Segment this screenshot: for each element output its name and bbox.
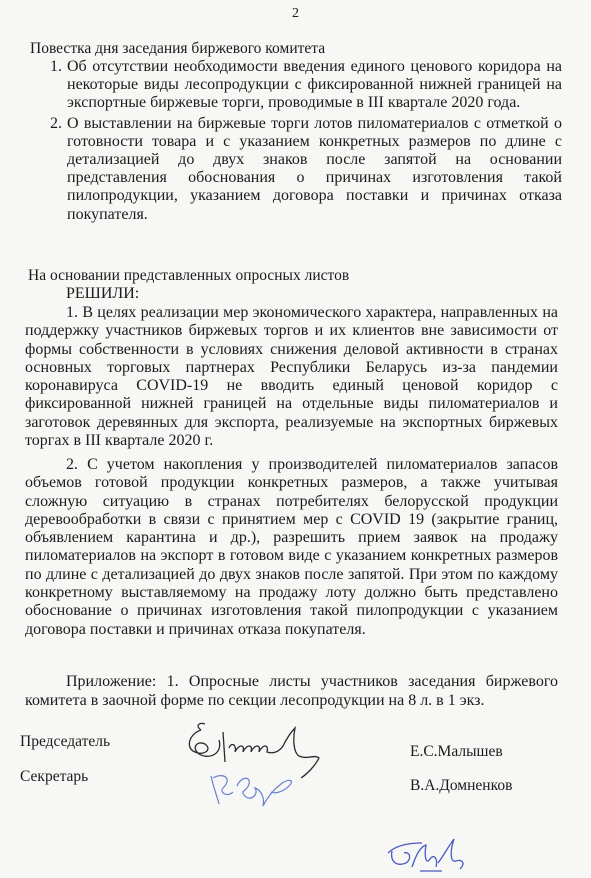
basis-statement: На основании представленных опросных лис… [28,267,349,285]
signature-name: В.А.Домненков [410,777,512,795]
signature-role: Секретарь [20,768,88,786]
agenda-title: Повестка дня заседания биржевого комитет… [30,40,325,58]
agenda-list: 1. Об отсутствии необходимости введения … [50,58,562,226]
agenda-item-text: Об отсутствии необходимости введения еди… [67,58,562,113]
secretary-signature-icon [205,768,305,810]
resolved-heading: РЕШИЛИ: [66,285,139,303]
document-page: 2 Повестка дня заседания биржевого комит… [0,0,591,878]
appendix-note: Приложение: 1. Опросные листы участников… [25,672,558,710]
agenda-item-number: 1. [50,58,67,113]
agenda-item: 1. Об отсутствии необходимости введения … [50,58,562,113]
signature-name: Е.С.Малышев [410,743,503,761]
decision-paragraph: 1. В целях реализации мер экономического… [25,304,558,450]
agenda-item: 2. О выставлении на биржевые торги лотов… [50,115,562,224]
page-number: 2 [0,6,591,22]
agenda-item-number: 2. [50,115,67,224]
agenda-item-text: О выставлении на биржевые торги лотов пи… [67,115,562,224]
signature-role: Председатель [20,733,110,751]
decision-paragraph: 2. С учетом накопления у производителей … [25,456,558,639]
initials-signature-icon [382,833,472,878]
